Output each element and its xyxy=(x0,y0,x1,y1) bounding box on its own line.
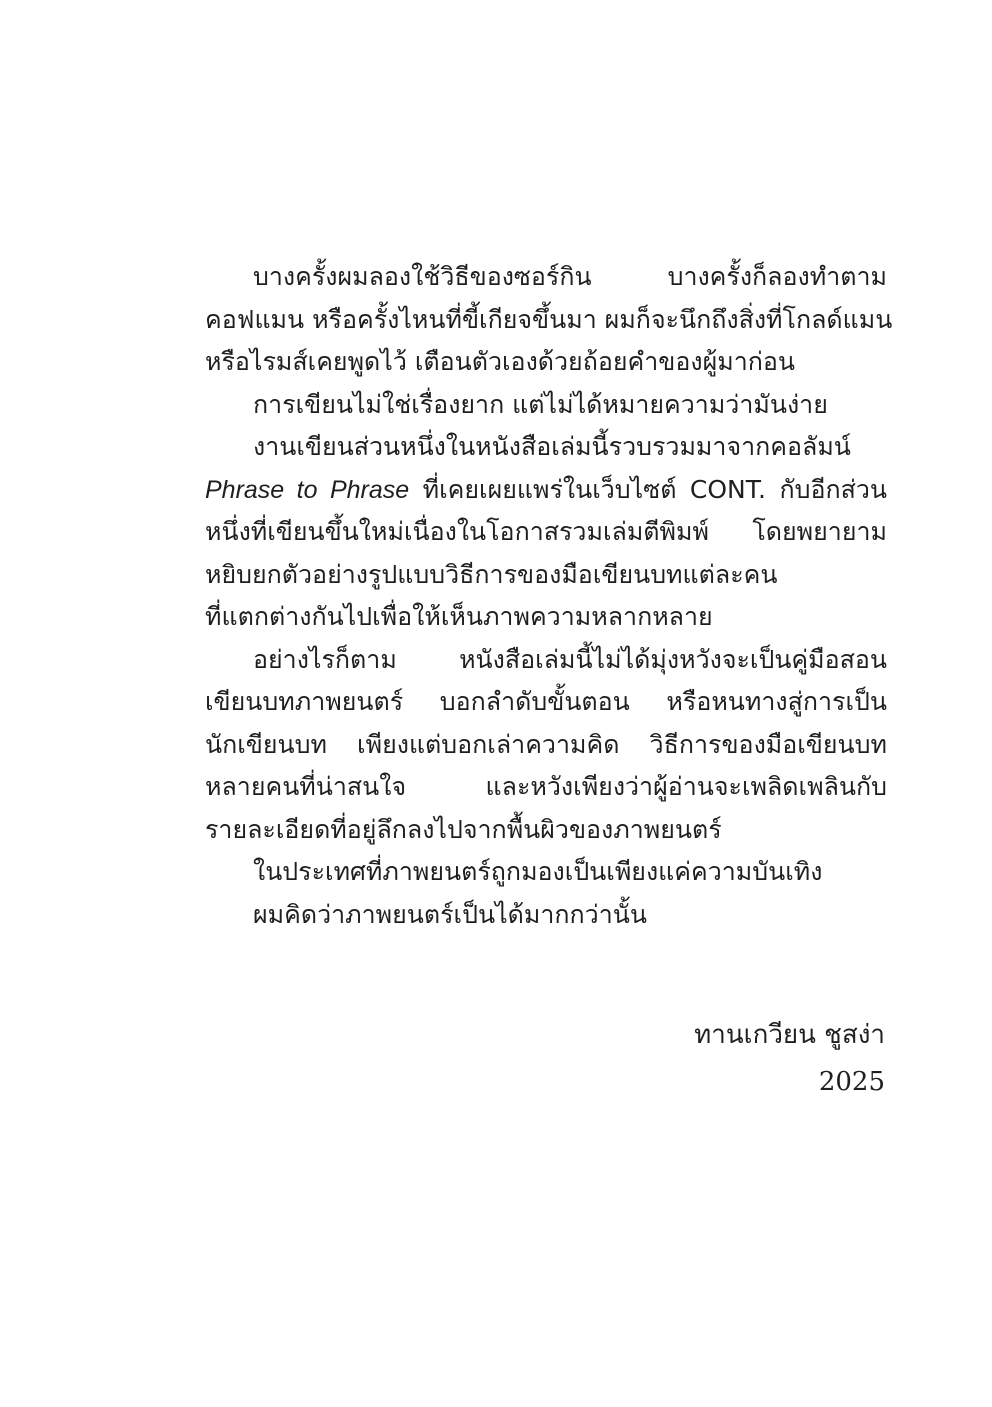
text-line: Phrase to Phrase ที่เคยเผยแพร่ในเว็บไซต์… xyxy=(205,469,887,512)
column-title: Phrase to Phrase xyxy=(205,476,409,504)
text-line: ที่แตกต่างกันไปเพื่อให้เห็นภาพความหลากหล… xyxy=(205,596,887,639)
text-line: เขียนบทภาพยนตร์ บอกลำดับขั้นตอน หรือหนทา… xyxy=(205,681,887,724)
text-line: งานเขียนส่วนหนึ่งในหนังสือเล่มนี้รวบรวมม… xyxy=(205,426,887,469)
text-line: บางครั้งผมลองใช้วิธีของซอร์กิน บางครั้งก… xyxy=(205,256,887,299)
text-fragment: ที่เคยเผยแพร่ในเว็บไซต์ CONT. กับอีกส่วน xyxy=(409,475,887,504)
text-line: อย่างไรก็ตาม หนังสือเล่มนี้ไม่ได้มุ่งหวั… xyxy=(205,639,887,682)
text-line: รายละเอียดที่อยู่ลึกลงไปจากพื้นผิวของภาพ… xyxy=(205,809,887,852)
body-text: บางครั้งผมลองใช้วิธีของซอร์กิน บางครั้งก… xyxy=(205,256,887,936)
author-name: ทานเกวียน ชูสง่า xyxy=(694,1012,885,1059)
text-line: ผมคิดว่าภาพยนตร์เป็นได้มากกว่านั้น xyxy=(205,894,887,937)
year: 2025 xyxy=(694,1059,885,1106)
text-line: หรือไรมส์เคยพูดไว้ เตือนตัวเองด้วยถ้อยคำ… xyxy=(205,341,887,384)
text-line: หลายคนที่น่าสนใจ และหวังเพียงว่าผู้อ่านจ… xyxy=(205,766,887,809)
text-line: ในประเทศที่ภาพยนตร์ถูกมองเป็นเพียงแค่ควา… xyxy=(205,851,887,894)
text-line: คอฟแมน หรือครั้งไหนที่ขี้เกียจขึ้นมา ผมก… xyxy=(205,299,887,342)
text-line: หนึ่งที่เขียนขึ้นใหม่เนื่องในโอกาสรวมเล่… xyxy=(205,511,887,554)
text-line: การเขียนไม่ใช่เรื่องยาก แต่ไม่ได้หมายควา… xyxy=(205,384,887,427)
text-line: หยิบยกตัวอย่างรูปแบบวิธีการของมือเขียนบท… xyxy=(205,554,887,597)
signature: ทานเกวียน ชูสง่า 2025 xyxy=(694,1012,885,1106)
text-line: นักเขียนบท เพียงแต่บอกเล่าความคิด วิธีกา… xyxy=(205,724,887,767)
